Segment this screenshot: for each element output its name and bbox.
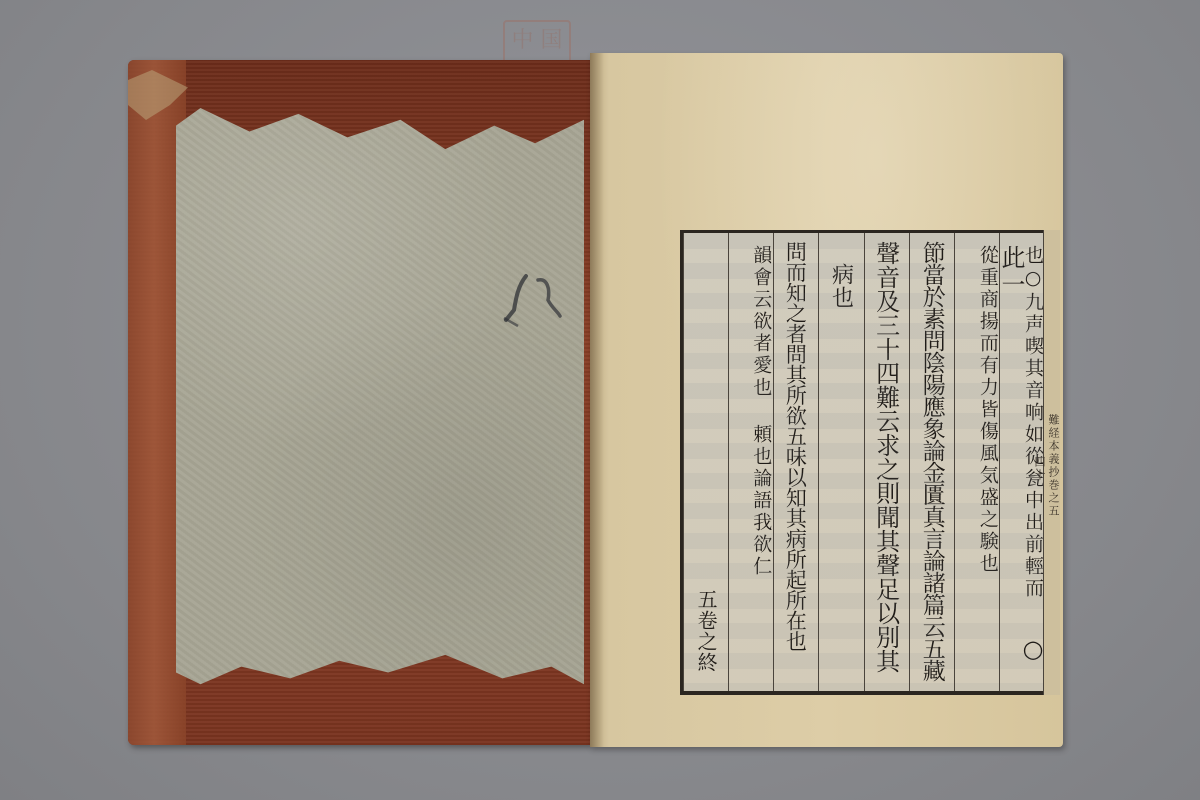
text-column-3: 節當於素問陰陽應象論金匱真言論諸篇云五藏 bbox=[909, 233, 954, 691]
text-column-4: 聲音及三十四難云求之則聞其聲足以別其 bbox=[864, 233, 909, 691]
text-columns: 也○九声喫其音响如從瓮中出前輕而 ○此一 從重商揚而有力皆傷風気盛之験也 節當於… bbox=[683, 233, 1044, 691]
text-column-8: 五卷之終 bbox=[683, 233, 728, 691]
text-column-6: 問而知之者問其所欲五味以知其病所起所在也 bbox=[773, 233, 818, 691]
text-column-7: 韻會云欲者愛也 頼也論語我欲仁 bbox=[728, 233, 773, 691]
column-text: 也○九声喫其音响如從瓮中出前輕而 bbox=[1022, 245, 1044, 600]
watermark-glyph: 国 bbox=[537, 25, 566, 57]
text-column-2: 從重商揚而有力皆傷風気盛之験也 bbox=[954, 233, 999, 691]
watermark-glyph: 中 bbox=[508, 25, 537, 57]
column-second-line: 頼也論語我欲仁 bbox=[750, 424, 772, 578]
column-text: 節當於素問陰陽應象論金匱真言論諸篇云五藏 bbox=[919, 241, 945, 681]
cover-lining-paper bbox=[176, 108, 584, 696]
book-cover-inside bbox=[128, 60, 590, 745]
column-text: 聲音及三十四難云求之則聞其聲足以別其 bbox=[872, 241, 900, 673]
column-text: 從重商揚而有力皆傷風気盛之験也 bbox=[977, 245, 999, 575]
column-text: 病也 bbox=[829, 263, 854, 309]
column-text: 韻會云欲者愛也 bbox=[750, 245, 772, 399]
gutter-shadow bbox=[590, 53, 604, 747]
margin-column: 難経本義抄巻之五 四十 bbox=[1043, 230, 1060, 695]
text-page: 也○九声喫其音响如從瓮中出前輕而 ○此一 從重商揚而有力皆傷風気盛之験也 節當於… bbox=[590, 53, 1063, 747]
volume-end-label: 五卷之終 bbox=[683, 589, 728, 673]
margin-book-title: 難経本義抄巻之五 bbox=[1046, 408, 1060, 518]
printed-text-block: 也○九声喫其音响如從瓮中出前輕而 ○此一 從重商揚而有力皆傷風気盛之験也 節當於… bbox=[680, 230, 1058, 695]
margin-page-number: 四十 bbox=[1032, 456, 1046, 482]
column-text: 問而知之者問其所欲五味以知其病所起所在也 bbox=[783, 241, 807, 651]
text-column-5: 病也 bbox=[818, 233, 863, 691]
ink-mark-icon bbox=[498, 268, 568, 338]
